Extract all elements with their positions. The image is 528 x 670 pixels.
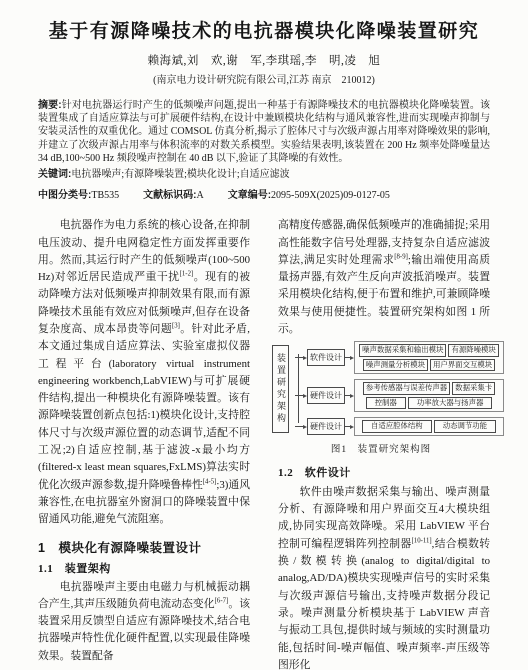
keywords: 关键词:电抗器噪声;有源降噪装置;模块化设计;自适应滤波 xyxy=(38,168,490,181)
article-id-label: 文章编号: xyxy=(228,190,271,201)
section-1-1-heading: 1.1 装置架构 xyxy=(38,560,250,576)
diagram-root-box: 装置研究架构 xyxy=(272,345,289,433)
figure-1: 装置研究架构 软件设计 噪声数据采集和输出模块 有源降噪模块 噪声测量分析模块 … xyxy=(272,341,490,455)
module-box: 数据采集卡 xyxy=(452,382,495,395)
module-box: 动态调节功能 xyxy=(434,420,496,433)
module-box: 有源降噪模块 xyxy=(448,344,498,357)
module-box: 功率放大器与扬声器 xyxy=(408,397,493,410)
body-columns: 电抗器作为电力系统的核心设备,在抑制电压波动、提升电网稳定性方面发挥重要作用。然… xyxy=(38,217,490,670)
clc-label: 中图分类号: xyxy=(38,190,91,201)
branch-box-structure: 硬件设计 xyxy=(307,418,345,435)
diagram-row-structure: 硬件设计 自适应腔体结构 动态调节功能 xyxy=(295,417,504,436)
section-1-2-heading: 1.2 软件设计 xyxy=(278,464,490,480)
diagram-rows: 软件设计 噪声数据采集和输出模块 有源降噪模块 噪声测量分析模块 用户界面交互模… xyxy=(295,341,504,436)
clc-value: TB535 xyxy=(91,190,119,201)
section-1-1-paragraph: 电抗器噪声主要由电磁力与机械振动耦合产生,其声压级随负荷电流动态变化[6-7]。… xyxy=(38,579,250,665)
abstract-label: 摘要: xyxy=(38,100,62,111)
module-box: 噪声测量分析模块 xyxy=(363,359,428,372)
diagram-row-hardware: 硬件设计 参考传感器与误差传声器 数据采集卡 控制器 功率放大器与扬声器 xyxy=(295,379,504,412)
branch-box-software: 软件设计 xyxy=(307,349,345,366)
continued-paragraph: 高精度传感器,确保低频噪声的准确捕捉;采用高性能数字信号处理器,支持复杂自适应滤… xyxy=(278,217,490,338)
article-id-value: 2095-509X(2025)09-0127-05 xyxy=(271,190,390,201)
section-1-heading: 1 模块化有源降噪装置设计 xyxy=(38,538,250,556)
module-box: 噪声数据采集和输出模块 xyxy=(359,344,446,357)
branch-box-hardware: 硬件设计 xyxy=(307,387,345,404)
doc-code-label: 文献标识码: xyxy=(143,190,196,201)
classification-row: 中图分类号:TB535 文献标识码:A 文章编号:2095-509X(2025)… xyxy=(38,186,490,201)
affiliation: (南京电力设计研究院有限公司,江苏 南京 210012) xyxy=(38,71,490,86)
module-group-software: 噪声数据采集和输出模块 有源降噪模块 噪声测量分析模块 用户界面交互模块 xyxy=(354,341,504,374)
module-group-hardware: 参考传感器与误差传声器 数据采集卡 控制器 功率放大器与扬声器 xyxy=(354,379,504,412)
module-box: 自适应腔体结构 xyxy=(362,420,432,433)
intro-paragraph: 电抗器作为电力系统的核心设备,在抑制电压波动、提升电网稳定性方面发挥重要作用。然… xyxy=(38,217,250,528)
doc-code-value: A xyxy=(196,190,203,201)
abstract-text: 针对电抗器运行时产生的低频噪声问题,提出一种基于有源降噪技术的电抗器模块化降噪装… xyxy=(38,100,490,164)
paper-title: 基于有源降噪技术的电抗器模块化降噪装置研究 xyxy=(38,16,490,43)
architecture-diagram: 装置研究架构 软件设计 噪声数据采集和输出模块 有源降噪模块 噪声测量分析模块 … xyxy=(272,341,504,436)
keywords-label: 关键词: xyxy=(38,169,71,180)
abstract: 摘要:针对电抗器运行时产生的低频噪声问题,提出一种基于有源降噪技术的电抗器模块化… xyxy=(38,99,490,165)
doc-code-item: 文献标识码:A xyxy=(143,186,204,201)
author-list: 赖海斌,刘 欢,谢 军,李琪瑶,李 明,凌 旭 xyxy=(38,52,490,68)
section-1-2-paragraph: 软件由噪声数据采集与输出、噪声测量分析、有源降噪和用户界面交互4大模块组成,协同… xyxy=(278,484,490,670)
connector-line xyxy=(295,426,303,427)
connector-line xyxy=(295,357,303,358)
clc-item: 中图分类号:TB535 xyxy=(38,186,119,201)
right-column: 高精度传感器,确保低频噪声的准确捕捉;采用高性能数字信号处理器,支持复杂自适应滤… xyxy=(278,217,490,670)
connector-line xyxy=(295,395,303,396)
module-box: 参考传感器与误差传声器 xyxy=(363,382,450,395)
diagram-row-software: 软件设计 噪声数据采集和输出模块 有源降噪模块 噪声测量分析模块 用户界面交互模… xyxy=(295,341,504,374)
module-box: 用户界面交互模块 xyxy=(430,359,495,372)
module-box: 控制器 xyxy=(366,397,406,410)
diagram-trunk-line xyxy=(298,354,299,423)
left-column: 电抗器作为电力系统的核心设备,在抑制电压波动、提升电网稳定性方面发挥重要作用。然… xyxy=(38,217,250,670)
figure-1-caption: 图1 装置研究架构图 xyxy=(272,441,490,455)
article-id-item: 文章编号:2095-509X(2025)09-0127-05 xyxy=(228,186,390,201)
module-group-structure: 自适应腔体结构 动态调节功能 xyxy=(354,417,504,436)
keywords-text: 电抗器噪声;有源降噪装置;模块化设计;自适应滤波 xyxy=(71,169,289,180)
paper-page: 基于有源降噪技术的电抗器模块化降噪装置研究 赖海斌,刘 欢,谢 军,李琪瑶,李 … xyxy=(0,0,528,670)
